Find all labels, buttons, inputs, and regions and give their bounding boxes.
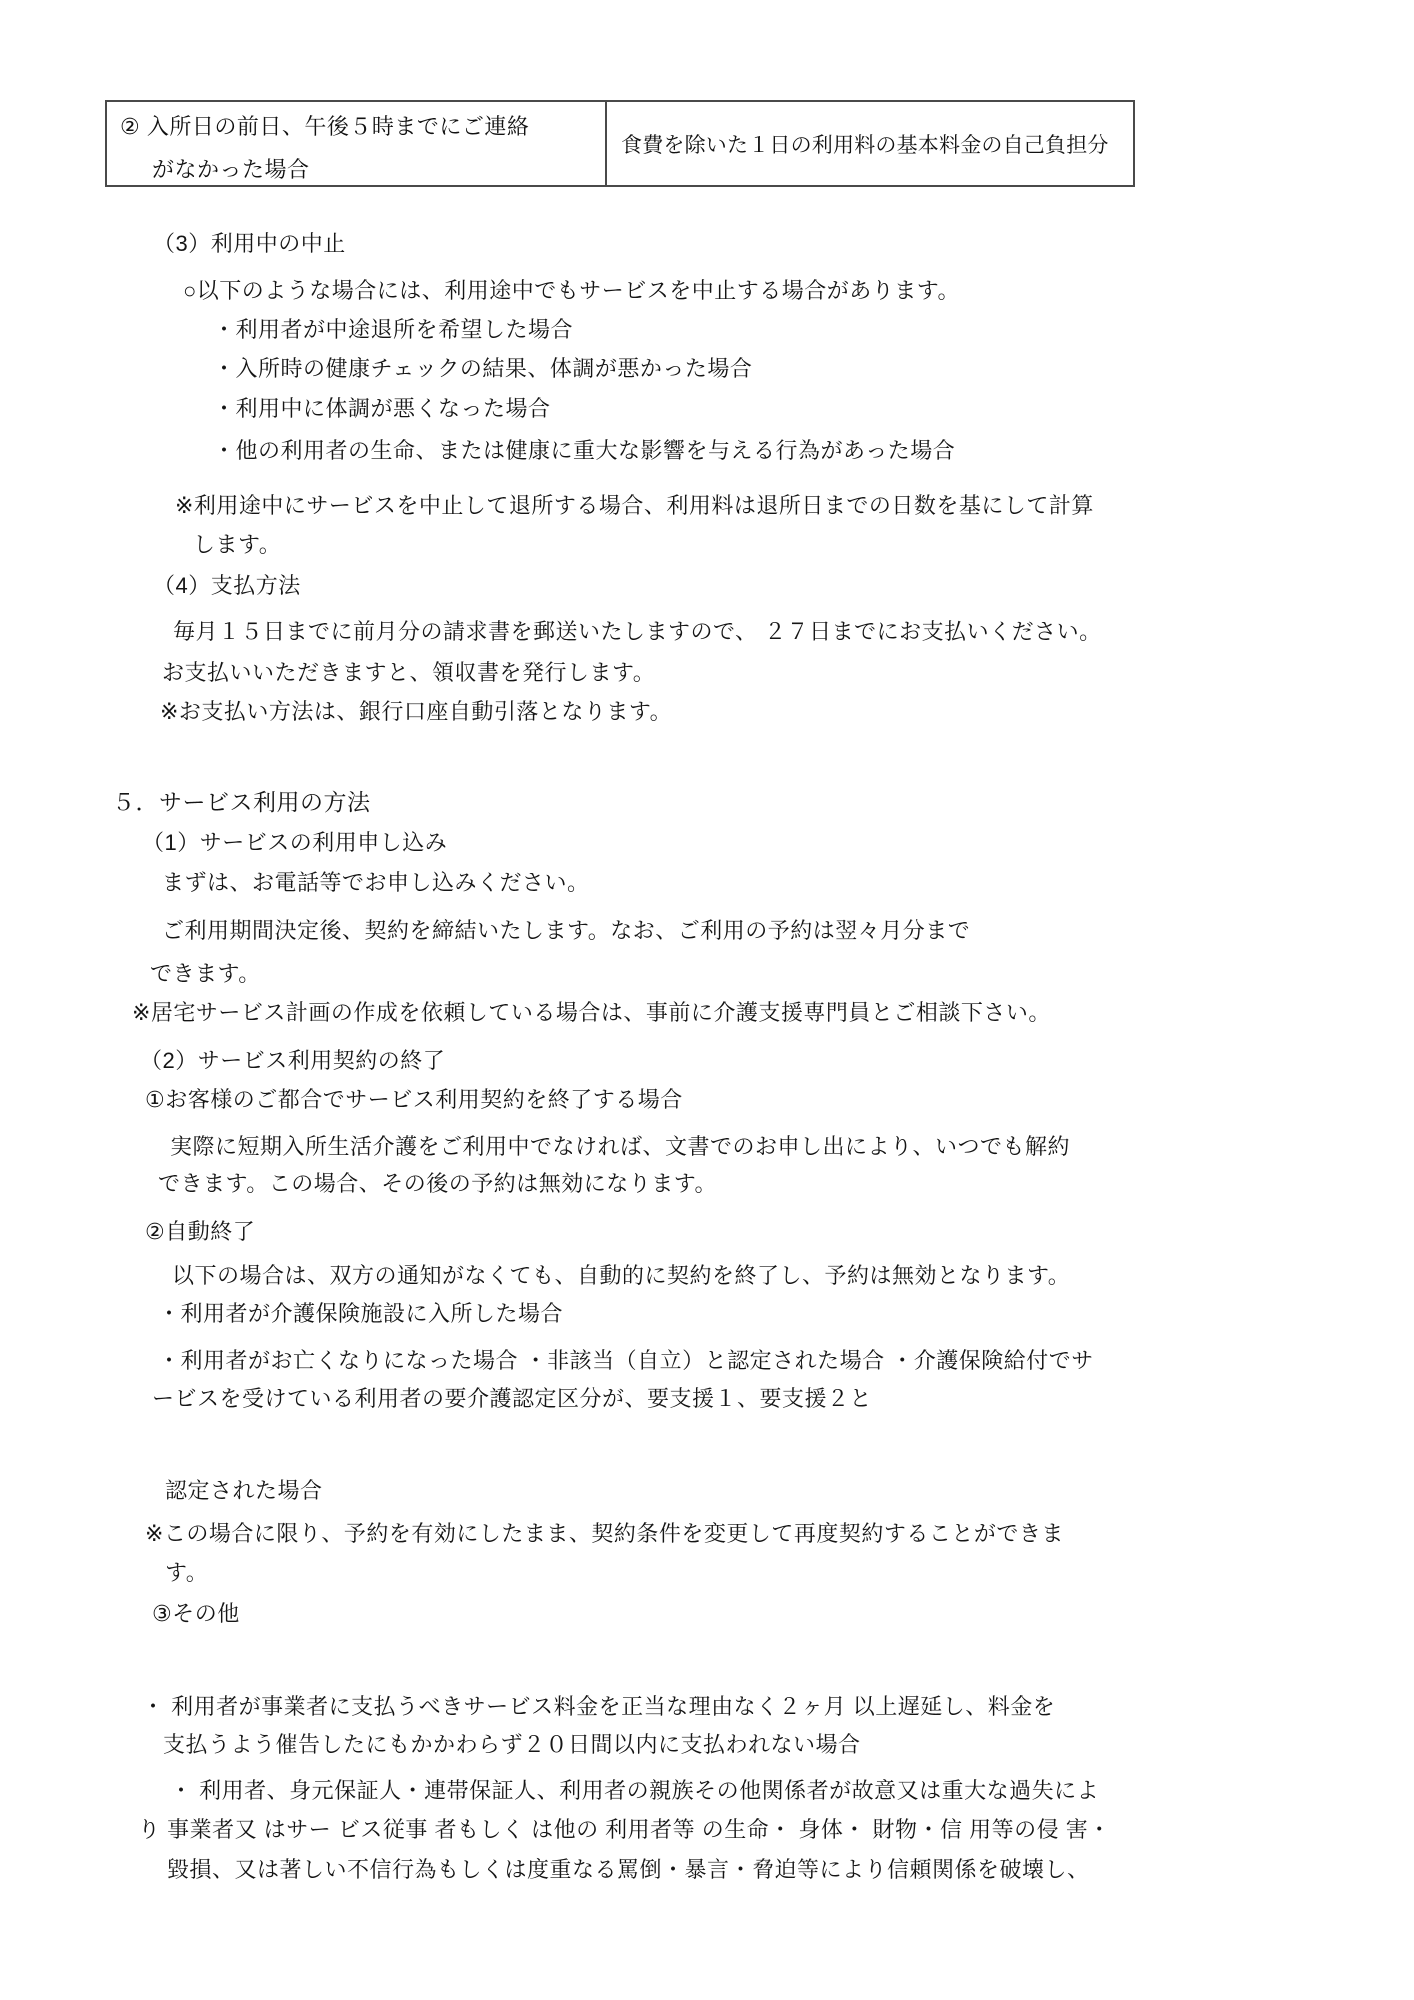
bullet-item: ・入所時の健康チェックの結果、体調が悪かった場合 (213, 355, 752, 383)
paragraph-certified-case: 認定された場合 (165, 1477, 323, 1505)
subheading-item-1: ①お客様のご都合でサービス利用契約を終了する場合 (145, 1086, 683, 1114)
bullet-item: ・利用者がお亡くなりになった場合 ・非該当（自立）と認定された場合 ・介護保険給… (158, 1347, 1094, 1375)
bullet-item: ・ 利用者、身元保証人・連帯保証人、利用者の親族その他関係者が故意又は重大な過失… (170, 1777, 1099, 1805)
condition-text-line2: がなかった場合 (152, 153, 310, 184)
paragraph-stop-intro: ○以下のような場合には、利用途中でもサービスを中止する場合があります。 (183, 277, 960, 305)
note-line: ※お支払い方法は、銀行口座自動引落となります。 (160, 698, 672, 726)
note-line: ※この場合に限り、予約を有効にしたまま、契約条件を変更して再度契約することができ… (145, 1520, 1064, 1548)
paragraph-payment: 毎月１５日までに前月分の請求書を郵送いたしますので、 ２７日までにお支払いくださ… (173, 618, 1102, 646)
condition-text-line1: ② 入所日の前日、午後５時までにご連絡 (120, 110, 529, 141)
bullet-item: ・利用者が介護保険施設に入所した場合 (158, 1300, 563, 1328)
bullet-item: ・利用者が中途退所を希望した場合 (213, 316, 573, 344)
bullet-item-continuation: ービスを受けている利用者の要介護認定区分が、要支援１、要支援２と (152, 1385, 872, 1413)
heading-section-3: （3）利用中の中止 (153, 230, 346, 258)
bullet-item-continuation: 毀損、又は著しい不信行為もしくは度重なる罵倒・暴言・脅迫等により信頼関係を破壊し… (167, 1856, 1090, 1884)
table-cell-fee: 食費を除いた１日の利用料の基本料金の自己負担分 (607, 102, 1133, 185)
bullet-item-continuation: り 事業者又 はサー ビス従事 者もしく は他の 利用者等 の生命・ 身体・ 財… (138, 1816, 1111, 1844)
cancellation-fee-table: ② 入所日の前日、午後５時までにご連絡 がなかった場合 食費を除いた１日の利用料… (105, 100, 1135, 187)
paragraph-apply-continuation: できます。 (150, 960, 261, 988)
note-line-continuation: す。 (165, 1559, 208, 1587)
paragraph-apply: ご利用期間決定後、契約を締結いたします。なお、ご利用の予約は翌々月分まで (162, 917, 970, 945)
bullet-item: ・利用中に体調が悪くなった場合 (213, 395, 551, 423)
heading-section-1: （1）サービスの利用申し込み (142, 829, 447, 857)
document-page: ② 入所日の前日、午後５時までにご連絡 がなかった場合 食費を除いた１日の利用料… (0, 0, 1414, 2000)
paragraph-payment: お支払いいただきますと、領収書を発行します。 (162, 659, 655, 687)
bullet-item: ・ 利用者が事業者に支払うべきサービス料金を正当な理由なく２ヶ月 以上遅延し、料… (142, 1693, 1055, 1721)
fee-text: 食費を除いた１日の利用料の基本料金の自己負担分 (621, 129, 1109, 159)
paragraph-termination: 実際に短期入所生活介護をご利用中でなければ、文書でのお申し出により、いつでも解約 (170, 1133, 1070, 1161)
table-cell-condition: ② 入所日の前日、午後５時までにご連絡 がなかった場合 (107, 102, 607, 185)
heading-section-4: （4）支払方法 (153, 572, 301, 600)
note-line: ※利用途中にサービスを中止して退所する場合、利用料は退所日までの日数を基にして計… (175, 492, 1094, 520)
paragraph-apply: まずは、お電話等でお申し込みください。 (162, 869, 590, 897)
heading-section-2: （2）サービス利用契約の終了 (140, 1047, 445, 1075)
paragraph-auto-termination: 以下の場合は、双方の通知がなくても、自動的に契約を終了し、予約は無効となります。 (172, 1262, 1070, 1290)
heading-chapter-5: ５．サービス利用の方法 (112, 788, 371, 817)
subheading-item-2: ②自動終了 (145, 1218, 255, 1246)
bullet-item-continuation: 支払うよう催告したにもかかわらず２０日間以内に支払われない場合 (163, 1731, 861, 1759)
note-line-continuation: します。 (193, 531, 281, 559)
subheading-item-3: ③その他 (152, 1600, 240, 1628)
note-line: ※居宅サービス計画の作成を依頼している場合は、事前に介護支援専門員とご相談下さい… (132, 999, 1051, 1027)
paragraph-termination-continuation: できます。この場合、その後の予約は無効になります。 (158, 1170, 717, 1198)
bullet-item: ・他の利用者の生命、または健康に重大な影響を与える行為があった場合 (213, 437, 955, 465)
